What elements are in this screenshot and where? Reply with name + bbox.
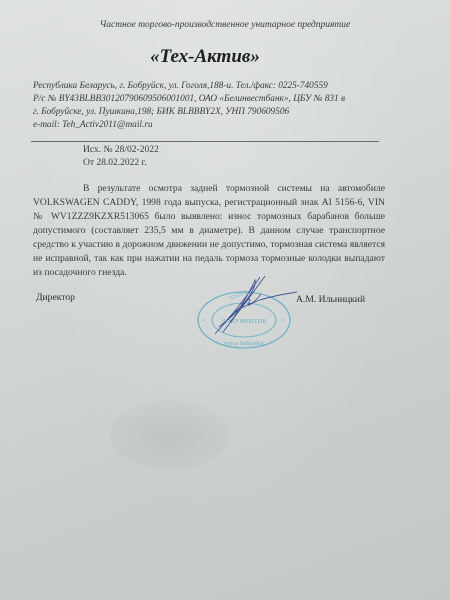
bank-account-line: Р/с № BY43BLBB30120790609506001001, ОАО … (33, 93, 433, 106)
address-line: Республика Беларусь, г. Бобруйск, ул. Го… (33, 80, 433, 93)
letterhead-divider (31, 141, 379, 142)
document-reference: Исх. № 28/02-2022 От 28.02.2022 г. (83, 144, 159, 170)
bank-details-line: г. Бобруйске, ул. Пушкина,198; БИК BLBBB… (33, 106, 433, 119)
organization-name: «Тех-Актив» (0, 46, 450, 68)
body-paragraph: В результате осмотра задней тормозной си… (33, 182, 385, 280)
letter-body: В результате осмотра задней тормозной си… (33, 182, 385, 280)
signatory-role: Директор (36, 292, 75, 303)
organization-type: Частное торгово-производственное унитарн… (0, 20, 450, 30)
email-line: e-mail: Teh_Activ2011@mail.ru (33, 119, 433, 132)
outgoing-number: Исх. № 28/02-2022 (83, 144, 159, 157)
signatory-name: А.М. Ильницкий (296, 294, 365, 305)
letterhead-details: Республика Беларусь, г. Бобруйск, ул. Го… (33, 80, 433, 132)
document-date: От 28.02.2022 г. (83, 157, 159, 170)
organization-name-text: «Тех-Актив» (150, 46, 260, 67)
signature-icon (205, 272, 315, 342)
